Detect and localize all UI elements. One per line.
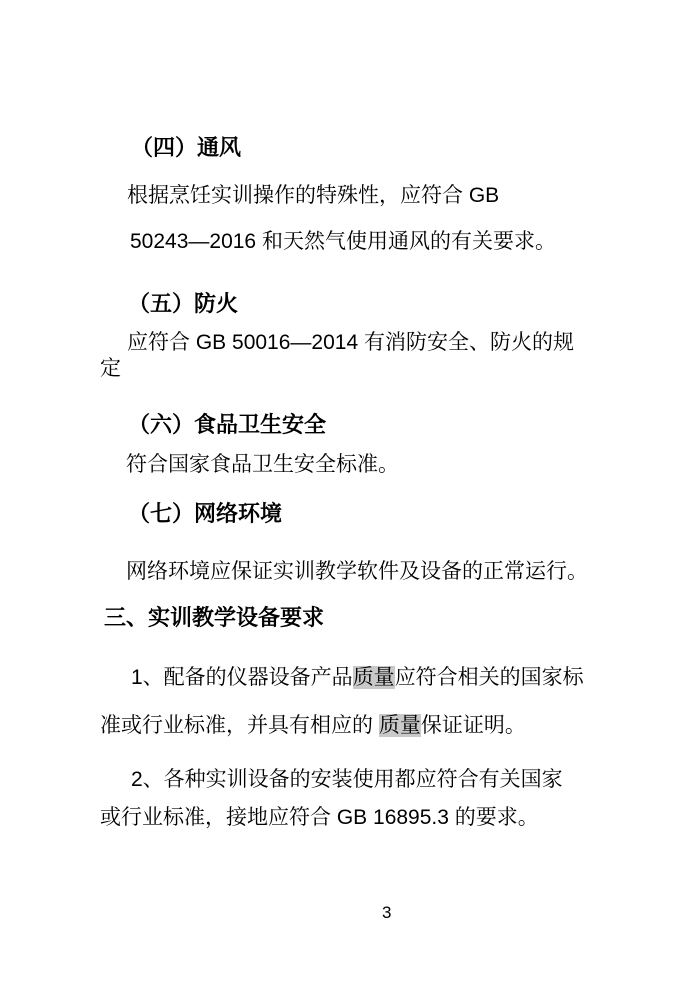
list-item-1-line-1: 1、配备的仪器设备产品质量应符合相关的国家标 <box>131 666 584 690</box>
section-heading-6-food-hygiene: （六）食品卫生安全 <box>128 412 326 437</box>
list-item-1-line-2: 准或行业标准，并具有相应的 质量保证证明。 <box>100 714 526 738</box>
chapter-heading-3-equipment-requirements: 三、实训教学设备要求 <box>104 605 324 630</box>
paragraph-5-line-2: 定 <box>100 357 121 381</box>
paragraph-4-line-2: 50243—2016 和天然气使用通风的有关要求。 <box>130 230 556 254</box>
list-item-2-line-1: 2、各种实训设备的安装使用都应符合有关国家 <box>131 768 563 792</box>
paragraph-5-line-1: 应符合 GB 50016—2014 有消防安全、防火的规 <box>127 331 574 355</box>
highlighted-term-quality: 质量 <box>353 666 395 689</box>
section-heading-4-ventilation: （四）通风 <box>131 135 241 160</box>
highlighted-term-quality: 质量 <box>379 714 421 737</box>
list-item-1-wrap-pre: 准或行业标准，并具有相应的 <box>100 714 379 737</box>
list-item-1-wrap-post: 保证证明。 <box>421 714 526 737</box>
list-item-1-text-pre: 1、配备的仪器设备产品 <box>131 666 353 689</box>
list-item-2-line-2: 或行业标准，接地应符合 GB 16895.3 的要求。 <box>100 806 539 830</box>
section-heading-7-network: （七）网络环境 <box>128 501 282 526</box>
paragraph-6-line-1: 符合国家食品卫生安全标准。 <box>126 453 399 477</box>
section-heading-5-fireproofing: （五）防火 <box>128 291 238 316</box>
paragraph-7-line-1: 网络环境应保证实训教学软件及设备的正常运行。 <box>126 560 588 584</box>
paragraph-4-line-1: 根据烹饪实训操作的特殊性，应符合 GB <box>127 184 499 208</box>
page-number: 3 <box>382 904 391 921</box>
document-page: （四）通风 根据烹饪实训操作的特殊性，应符合 GB 50243—2016 和天然… <box>0 0 699 982</box>
list-item-1-text-post: 应符合相关的国家标 <box>395 666 584 689</box>
